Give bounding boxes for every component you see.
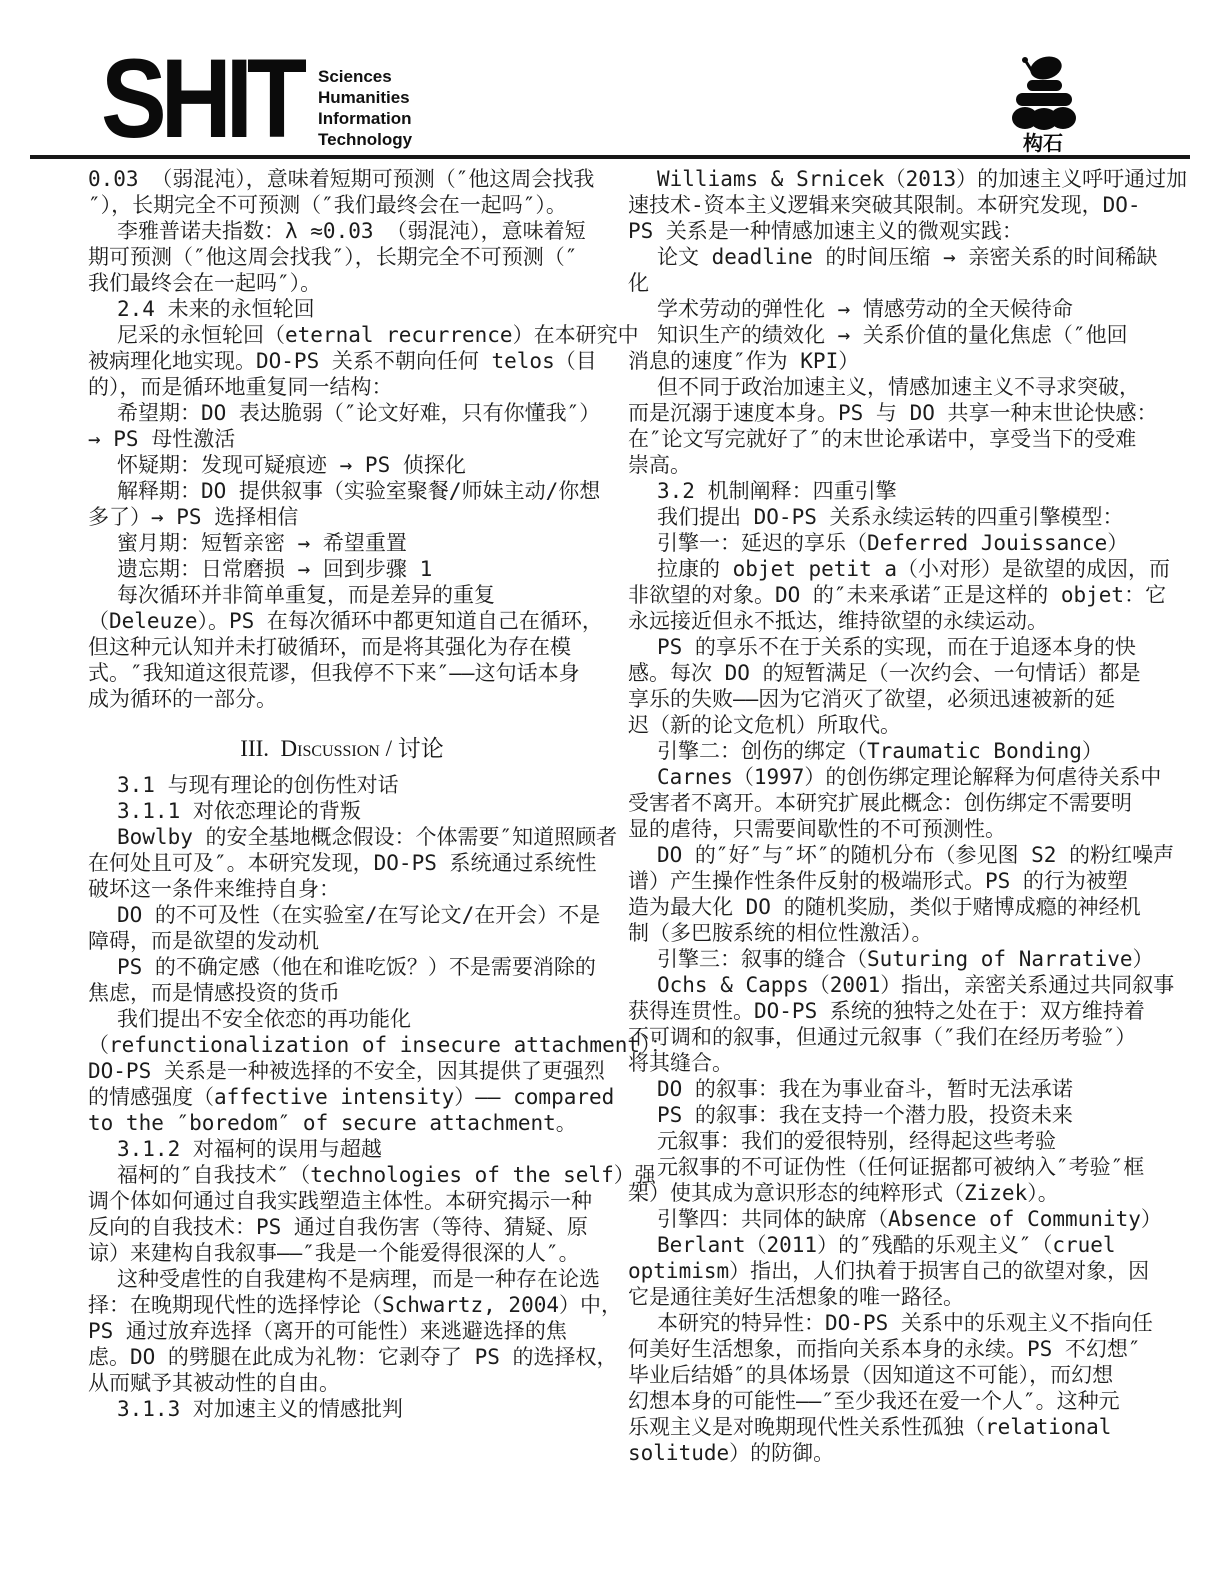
text-line: 我们最终会在一起吗″）。 [88, 270, 596, 296]
text-line: 乐观主义是对晚期现代性关系性孤独（relational [628, 1414, 1136, 1440]
text-line: 3.1.1 对依恋理论的背叛 [88, 798, 596, 824]
text-line: 而是沉溺于速度本身。PS 与 DO 共享一种末世论快感： [628, 400, 1136, 426]
text-line: 每次循环并非简单重复，而是差异的重复 [88, 582, 596, 608]
text-line: 反向的自我技术：PS 通过自我伤害（等待、猜疑、原 [88, 1214, 596, 1240]
text-line: 多了）→ PS 选择相信 [88, 504, 596, 530]
text-line: 破坏这一条件来维持自身： [88, 876, 596, 902]
text-line: DO 的叙事：我在为事业奋斗，暂时无法承诺 [628, 1076, 1136, 1102]
tagline-line: Humanities [318, 87, 412, 108]
text-line: 蜜月期：短暂亲密 → 希望重置 [88, 530, 596, 556]
text-line: 期可预测（″他这周会找我″），长期完全不可预测（″ [88, 244, 596, 270]
text-line: （Deleuze）。PS 在每次循环中都更知道自己在循环， [88, 608, 596, 634]
text-line: 3.2 机制阐释：四重引擎 [628, 478, 1136, 504]
text-line: 3.1 与现有理论的创伤性对话 [88, 772, 596, 798]
text-line: 造为最大化 DO 的随机奖励，类似于赌博成瘾的神经机 [628, 894, 1136, 920]
text-line: 何美好生活想象，而指向关系本身的永续。PS 不幻想″ [628, 1336, 1136, 1362]
text-line: PS 的不确定感（他在和谁吃饭？）不是需要消除的 [88, 954, 596, 980]
publisher-name: 构石 [1000, 132, 1086, 154]
text-line: 受害者不离开。本研究扩展此概念：创伤绑定不需要明 [628, 790, 1136, 816]
text-line: 0.03 （弱混沌），意味着短期可预测（″他这周会找我 [88, 166, 596, 192]
text-line: 尼采的永恒轮回（eternal recurrence）在本研究中 [88, 322, 596, 348]
text-line: 我们提出不安全依恋的再功能化 [88, 1006, 596, 1032]
text-line: 学术劳动的弹性化 → 情感劳动的全天候待命 [628, 296, 1136, 322]
text-line: 获得连贯性。DO-PS 系统的独特之处在于：双方维持着 [628, 998, 1136, 1024]
text-line: 制（多巴胺系统的相位性激活）。 [628, 920, 1136, 946]
text-line: PS 的叙事：我在支持一个潜力股，投资未来 [628, 1102, 1136, 1128]
journal-logo: SHIT [101, 50, 301, 148]
text-line: PS 关系是一种情感加速主义的微观实践： [628, 218, 1136, 244]
text-line: 论文 deadline 的时间压缩 → 亲密关系的时间稀缺 [628, 244, 1136, 270]
cairn-stones-icon [1000, 54, 1086, 134]
section-title: Discussion [281, 736, 380, 761]
text-line: ″），长期完全不可预测（″我们最终会在一起吗″）。 [88, 192, 596, 218]
text-line: 2.4 未来的永恒轮回 [88, 296, 596, 322]
publisher-mark: 构石 [1000, 54, 1086, 154]
text-line: 择：在晚期现代性的选择悖论（Schwartz, 2004）中， [88, 1292, 596, 1318]
text-line: 调个体如何通过自我实践塑造主体性。本研究揭示一种 [88, 1188, 596, 1214]
tagline-line: Information [318, 108, 412, 129]
section-heading: III. Discussion / 讨论 [88, 734, 596, 764]
text-line: 元叙事的不可证伪性（任何证据都可被纳入″考验″框 [628, 1154, 1136, 1180]
right-column: Williams & Srnicek（2013）的加速主义呼吁通过加速技术-资本… [628, 166, 1136, 1466]
text-line: 但不同于政治加速主义，情感加速主义不寻求突破， [628, 374, 1136, 400]
text-line: 引擎三：叙事的缝合（Suturing of Narrative） [628, 946, 1136, 972]
text-line: Williams & Srnicek（2013）的加速主义呼吁通过加 [628, 166, 1136, 192]
left-column: 0.03 （弱混沌），意味着短期可预测（″他这周会找我″），长期完全不可预测（″… [88, 166, 596, 1466]
masthead-rule [30, 155, 1190, 159]
text-line: 的情感强度（affective intensity）—— compared [88, 1084, 596, 1110]
text-line: Ochs & Capps（2001）指出，亲密关系通过共同叙事 [628, 972, 1136, 998]
text-line: 感。每次 DO 的短暂满足（一次约会、一句情话）都是 [628, 660, 1136, 686]
two-column-text: 0.03 （弱混沌），意味着短期可预测（″他这周会找我″），长期完全不可预测（″… [88, 166, 1136, 1466]
text-line: solitude）的防御。 [628, 1440, 1136, 1466]
text-line: （refunctionalization of insecure attachm… [88, 1032, 596, 1058]
paper-page: SHIT SciencesHumanitiesInformationTechno… [0, 0, 1224, 1584]
text-line: 李雅普诺夫指数：λ ≈0.03 （弱混沌），意味着短 [88, 218, 596, 244]
text-line: 从而赋予其被动性的自由。 [88, 1370, 596, 1396]
text-line: 3.1.2 对福柯的误用与超越 [88, 1136, 596, 1162]
text-line: 显的虐待，只需要间歇性的不可预测性。 [628, 816, 1136, 842]
text-line: 在″论文写完就好了″的末世论承诺中，享受当下的受难 [628, 426, 1136, 452]
text-line: → PS 母性激活 [88, 426, 596, 452]
text-line: 毕业后结婚″的具体场景（因知道这不可能），而幻想 [628, 1362, 1136, 1388]
text-line: 遗忘期：日常磨损 → 回到步骤 1 [88, 556, 596, 582]
text-line: 被病理化地实现。DO-PS 关系不朝向任何 telos（目 [88, 348, 596, 374]
text-line: 的），而是循环地重复同一结构： [88, 374, 596, 400]
text-line: DO 的″好″与″坏″的随机分布（参见图 S2 的粉红噪声 [628, 842, 1136, 868]
text-line: optimism）指出，人们执着于损害自己的欲望对象，因 [628, 1258, 1136, 1284]
text-line: 架）使其成为意识形态的纯粹形式（Zizek）。 [628, 1180, 1136, 1206]
text-line: 怀疑期：发现可疑痕迹 → PS 侦探化 [88, 452, 596, 478]
text-line: to the ″boredom″ of secure attachment。 [88, 1110, 596, 1136]
text-line: 不可调和的叙事，但通过元叙事（″我们在经历考验″） [628, 1024, 1136, 1050]
text-line: 幻想本身的可能性——″至少我还在爱一个人″。这种元 [628, 1388, 1136, 1414]
text-line: 本研究的特异性：DO-PS 关系中的乐观主义不指向任 [628, 1310, 1136, 1336]
text-line: 化 [628, 270, 1136, 296]
text-line: 非欲望的对象。DO 的″未来承诺″正是这样的 objet：它 [628, 582, 1136, 608]
text-line: Bowlby 的安全基地概念假设：个体需要″知道照顾者 [88, 824, 596, 850]
text-line: 速技术-资本主义逻辑来突破其限制。本研究发现，DO- [628, 192, 1136, 218]
text-line: 引擎一：延迟的享乐（Deferred Jouissance） [628, 530, 1136, 556]
text-line: 虑。DO 的劈腿在此成为礼物：它剥夺了 PS 的选择权， [88, 1344, 596, 1370]
text-line: 在何处且可及″。本研究发现，DO-PS 系统通过系统性 [88, 850, 596, 876]
section-title-cn: / 讨论 [380, 736, 444, 761]
text-line: 享乐的失败——因为它消灭了欲望，必须迅速被新的延 [628, 686, 1136, 712]
text-line: 拉康的 objet petit a（小对形）是欲望的成因，而 [628, 556, 1136, 582]
tagline-line: Sciences [318, 66, 412, 87]
text-line: 谱）产生操作性条件反射的极端形式。PS 的行为被塑 [628, 868, 1136, 894]
text-line: 谅）来建构自我叙事——″我是一个能爱得很深的人″。 [88, 1240, 596, 1266]
text-line: Berlant（2011）的″残酷的乐观主义″（cruel [628, 1232, 1136, 1258]
text-line: 但这种元认知并未打破循环，而是将其强化为存在模 [88, 634, 596, 660]
text-line: 迟（新的论文危机）所取代。 [628, 712, 1136, 738]
text-line: DO-PS 关系是一种被选择的不安全，因其提供了更强烈 [88, 1058, 596, 1084]
text-line: 式。″我知道这很荒谬，但我停不下来″——这句话本身 [88, 660, 596, 686]
text-line: 成为循环的一部分。 [88, 686, 596, 712]
tagline-line: Technology [318, 129, 412, 150]
text-line: PS 的享乐不在于关系的实现，而在于追逐本身的快 [628, 634, 1136, 660]
text-line: 这种受虐性的自我建构不是病理，而是一种存在论选 [88, 1266, 596, 1292]
text-line: 希望期：DO 表达脆弱（″论文好难，只有你懂我″） [88, 400, 596, 426]
text-line: 焦虑，而是情感投资的货币 [88, 980, 596, 1006]
text-line: 3.1.3 对加速主义的情感批判 [88, 1396, 596, 1422]
text-line: Carnes（1997）的创伤绑定理论解释为何虐待关系中 [628, 764, 1136, 790]
text-line: 障碍，而是欲望的发动机 [88, 928, 596, 954]
text-line: 解释期：DO 提供叙事（实验室聚餐/师妹主动/你想 [88, 478, 596, 504]
text-line: 它是通往美好生活想象的唯一路径。 [628, 1284, 1136, 1310]
text-line: DO 的不可及性（在实验室/在写论文/在开会）不是 [88, 902, 596, 928]
section-numeral: III. [240, 736, 280, 761]
text-line: 崇高。 [628, 452, 1136, 478]
text-line: 永远接近但永不抵达，维持欲望的永续运动。 [628, 608, 1136, 634]
text-line: PS 通过放弃选择（离开的可能性）来逃避选择的焦 [88, 1318, 596, 1344]
text-line: 引擎四：共同体的缺席（Absence of Community） [628, 1206, 1136, 1232]
text-line: 知识生产的绩效化 → 关系价值的量化焦虑（″他回 [628, 322, 1136, 348]
text-line: 我们提出 DO-PS 关系永续运转的四重引擎模型： [628, 504, 1136, 530]
journal-tagline: SciencesHumanitiesInformationTechnology [318, 66, 412, 150]
text-line: 福柯的″自我技术″（technologies of the self）强 [88, 1162, 596, 1188]
text-line: 元叙事：我们的爱很特别，经得起这些考验 [628, 1128, 1136, 1154]
text-line: 消息的速度″作为 KPI） [628, 348, 1136, 374]
text-line: 将其缝合。 [628, 1050, 1136, 1076]
text-line: 引擎二：创伤的绑定（Traumatic Bonding） [628, 738, 1136, 764]
